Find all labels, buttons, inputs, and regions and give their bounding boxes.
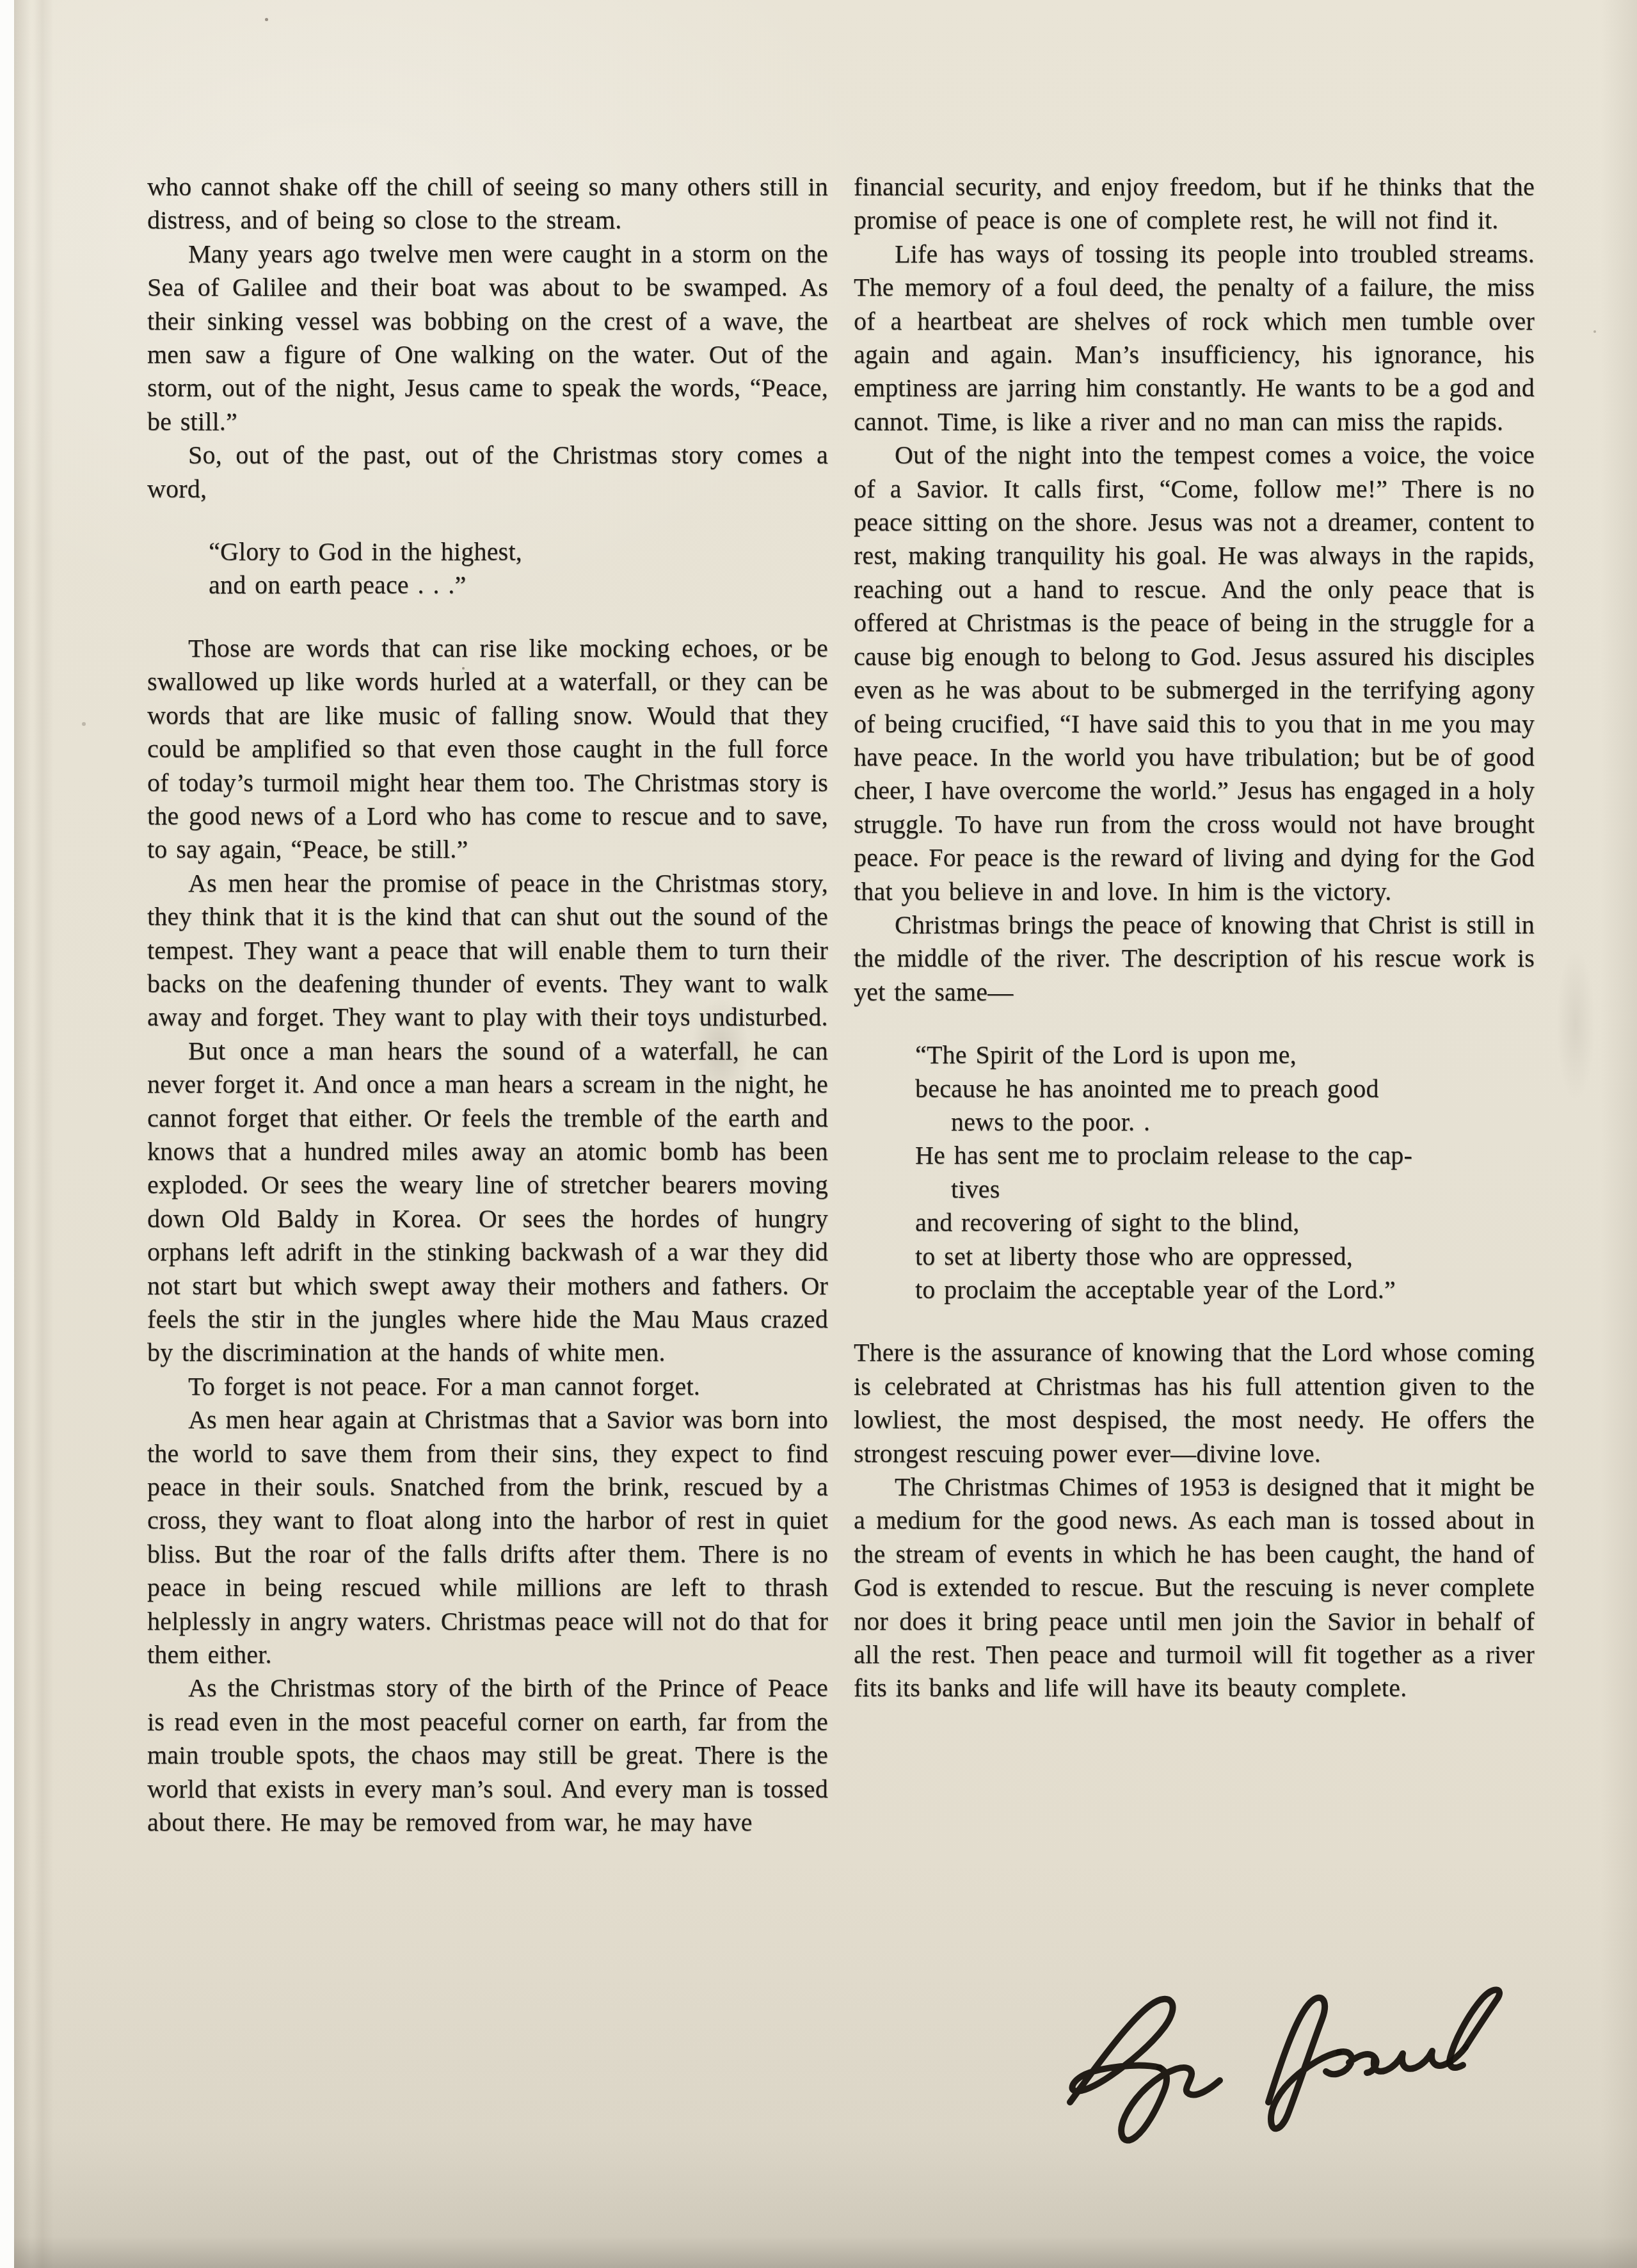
signature-ink <box>1030 1977 1517 2156</box>
paper-speck <box>1593 330 1596 333</box>
verse-block: “Glory to God in the highest,and on eart… <box>209 535 828 602</box>
paragraph: As men hear again at Christmas that a Sa… <box>147 1403 828 1671</box>
verse-line: to set at liberty those who are oppresse… <box>915 1240 1535 1273</box>
signature-lyle-paulsen <box>1030 1977 1517 2156</box>
verse-line: news to the poor. . <box>915 1106 1535 1139</box>
paragraph: who cannot shake off the chill of seeing… <box>147 170 828 237</box>
paragraph: But once a man hears the sound of a wate… <box>147 1034 828 1370</box>
scanned-page-background: { "colors": { "paper": "#e6e1d3", "ink":… <box>0 0 1637 2268</box>
paragraph: financial security, and enjoy freedom, b… <box>854 170 1535 237</box>
paper-stain <box>1556 947 1595 1101</box>
left-column: who cannot shake off the chill of seeing… <box>147 170 828 1840</box>
paragraph: Many years ago twelve men were caught in… <box>147 237 828 438</box>
paragraph: So, out of the past, out of the Christma… <box>147 438 828 506</box>
paragraph: As the Christmas story of the birth of t… <box>147 1671 828 1839</box>
paragraph: Those are words that can rise like mocki… <box>147 632 828 867</box>
paragraph: Christmas brings the peace of knowing th… <box>854 908 1535 1009</box>
paragraph: There is the assurance of knowing that t… <box>854 1336 1535 1470</box>
verse-line: and recovering of sight to the blind, <box>915 1206 1535 1239</box>
verse-block: “The Spirit of the Lord is upon me,becau… <box>915 1038 1535 1307</box>
paragraph: To forget is not peace. For a man cannot… <box>147 1370 828 1403</box>
verse-line: because he has anointed me to preach goo… <box>915 1072 1535 1106</box>
verse-line: “The Spirit of the Lord is upon me, <box>915 1038 1535 1072</box>
paper-speck <box>82 722 86 726</box>
paragraph: Life has ways of tossing its people into… <box>854 237 1535 438</box>
verse-line: tives <box>915 1173 1535 1206</box>
paragraph: Out of the night into the tempest comes … <box>854 438 1535 908</box>
verse-line: “Glory to God in the highest, <box>209 535 828 568</box>
paragraph: The Christmas Chimes of 1953 is designed… <box>854 1470 1535 1705</box>
page-sheet: who cannot shake off the chill of seeing… <box>14 0 1637 2268</box>
paper-speck <box>265 18 268 21</box>
paragraph: As men hear the promise of peace in the … <box>147 867 828 1034</box>
verse-line: and on earth peace . . .” <box>209 568 828 602</box>
verse-line: He has sent me to proclaim release to th… <box>915 1139 1535 1172</box>
verse-line: to proclaim the acceptable year of the L… <box>915 1273 1535 1307</box>
right-column: financial security, and enjoy freedom, b… <box>854 170 1535 1705</box>
